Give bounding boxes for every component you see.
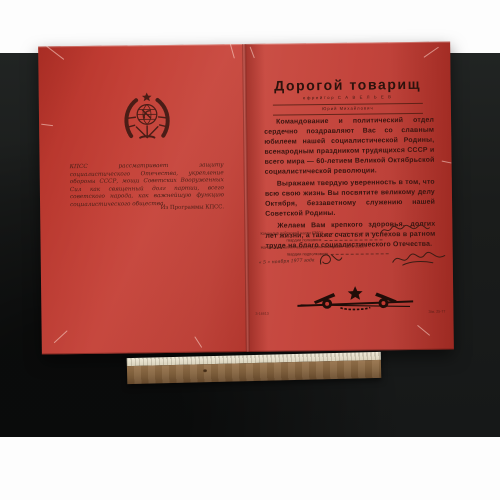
print-order-number: З-16613 [255, 312, 268, 316]
date-line: « 5 » ноября 1977 года [259, 258, 315, 266]
quote-attribution: Из Программы КПСС. [70, 204, 224, 212]
greeting-paragraph: Командование и политический отдел сердеч… [264, 116, 435, 178]
card-title: Дорогой товарищ [245, 75, 451, 94]
paper-crease [442, 161, 452, 164]
fill-in-line [326, 228, 384, 234]
photo-of-document: КПСС рассматривает защиту социалистическ… [0, 0, 500, 500]
commander-label: Командир войсковой части 63604 [260, 230, 323, 236]
paper-crease [41, 124, 53, 127]
red-greeting-card: КПСС рассматривает защиту социалистическ… [38, 41, 454, 354]
paper-crease [194, 336, 202, 347]
addressee-name-patronymic: Юрий Михайлович [273, 105, 423, 116]
addressee-rank-surname: ефрейтор С А В Е Л Ь Е В [273, 94, 423, 106]
ussr-coat-of-arms-icon [120, 91, 175, 142]
commander-rank: гвардии полковник [286, 237, 321, 242]
ruler-wood-knot [203, 369, 207, 372]
cpsu-program-quote: КПСС рассматривает защиту социалистическ… [70, 162, 225, 209]
crossed-cannons-star-icon [297, 280, 413, 315]
paper-crease [230, 43, 235, 59]
paper-crease [424, 47, 439, 58]
greeting-paragraph: Выражаем твердую уверенность в том, что … [265, 178, 435, 220]
handwritten-signature [389, 250, 447, 269]
paper-crease [417, 325, 430, 336]
card-left-page: КПСС рассматривает защиту социалистическ… [38, 44, 248, 354]
handwritten-signature [378, 224, 430, 237]
signature-block: Командир войсковой части 63604 гвардии п… [260, 228, 444, 258]
fill-in-line [324, 235, 382, 241]
paper-crease [46, 46, 64, 60]
paper-crease [54, 330, 68, 343]
paper-crease [250, 47, 255, 59]
handwritten-signature [317, 251, 343, 267]
print-run-number: Зак. 25-77 [428, 310, 445, 314]
card-right-page: Дорогой товарищ ефрейтор С А В Е Л Ь Е В… [244, 41, 454, 351]
